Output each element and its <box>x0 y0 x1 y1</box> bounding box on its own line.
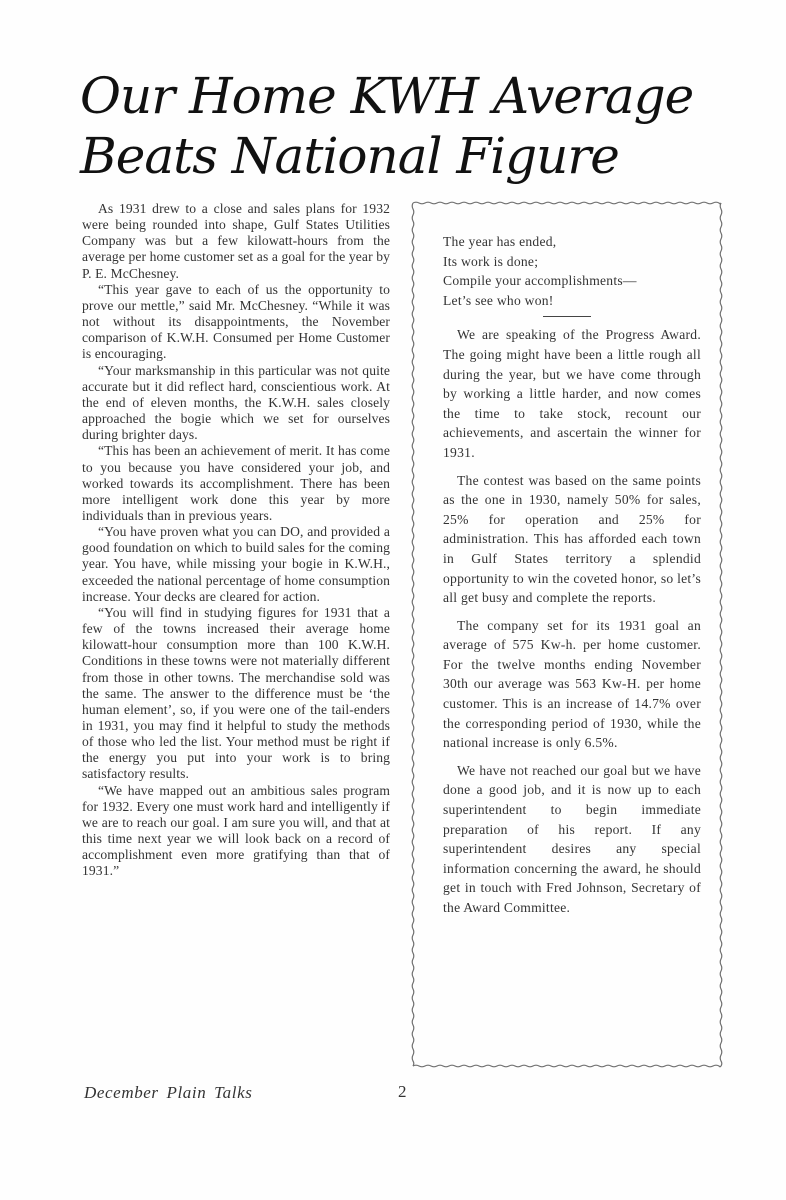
box-content: The year has ended, Its work is done; Co… <box>443 232 701 926</box>
poem-line: Its work is done; <box>443 252 701 272</box>
paragraph: “We have mapped out an ambitious sales p… <box>82 783 390 880</box>
paragraph: The contest was based on the same points… <box>443 471 701 608</box>
poem-line: Let’s see who won! <box>443 291 701 311</box>
paragraph: “This year gave to each of us the opport… <box>82 282 390 363</box>
headline-line-2: Beats National Figure <box>80 126 730 186</box>
document-page: Our Home KWH Average Beats National Figu… <box>0 0 786 1200</box>
poem-line: The year has ended, <box>443 232 701 252</box>
paragraph: We have not reached our goal but we have… <box>443 761 701 918</box>
poem: The year has ended, Its work is done; Co… <box>443 232 701 310</box>
paragraph: “You have proven what you can DO, and pr… <box>82 524 390 605</box>
paragraph: “This has been an achievement of merit. … <box>82 443 390 524</box>
headline: Our Home KWH Average Beats National Figu… <box>80 66 730 186</box>
progress-award-box: The year has ended, Its work is done; Co… <box>413 203 721 1066</box>
paragraph: “Your marksmanship in this particular wa… <box>82 363 390 444</box>
page-number: 2 <box>398 1082 407 1102</box>
poem-line: Compile your accomplishments— <box>443 271 701 291</box>
publication-name: December Plain Talks <box>84 1083 252 1103</box>
paragraph: We are speaking of the Progress Award. T… <box>443 325 701 462</box>
article-left-column: As 1931 drew to a close and sales plans … <box>82 201 390 880</box>
paragraph: “You will find in studying figures for 1… <box>82 605 390 783</box>
paragraph: As 1931 drew to a close and sales plans … <box>82 201 390 282</box>
divider <box>543 316 591 317</box>
headline-line-1: Our Home KWH Average <box>80 66 730 126</box>
paragraph: The company set for its 1931 goal an ave… <box>443 616 701 753</box>
